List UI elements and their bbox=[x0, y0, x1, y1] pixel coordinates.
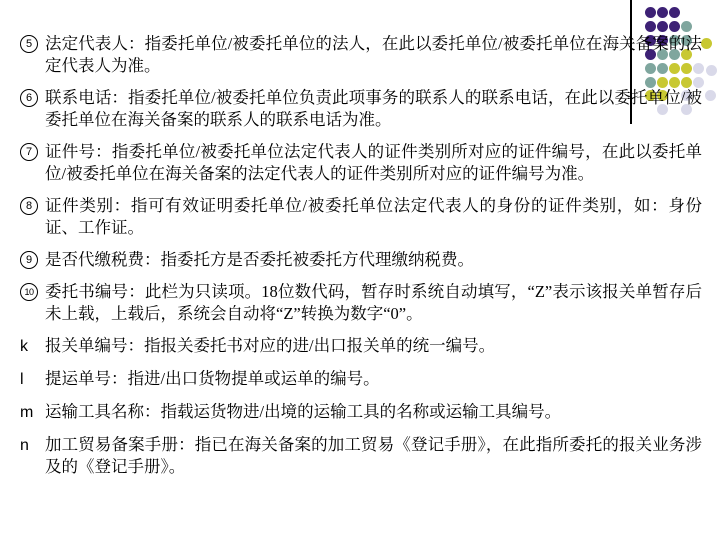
item-text: 运输工具名称：指载运货物进/出境的运输工具的名称或运输工具编号。 bbox=[45, 401, 702, 423]
list-item: k 报关单编号：指报关委托书对应的进/出口报关单的统一编号。 bbox=[20, 335, 702, 358]
item-marker-cell: 9 bbox=[20, 249, 45, 269]
list-item: m 运输工具名称：指载运货物进/出境的运输工具的名称或运输工具编号。 bbox=[20, 401, 702, 424]
list-item: 5 法定代表人：指委托单位/被委托单位的法人，在此以委托单位/被委托单位在海关备… bbox=[20, 33, 702, 77]
item-marker: 10 bbox=[20, 283, 38, 301]
item-text: 证件号：指委托单位/被委托单位法定代表人的证件类别所对应的证件编号，在此以委托单… bbox=[45, 141, 702, 185]
item-text: 法定代表人：指委托单位/被委托单位的法人，在此以委托单位/被委托单位在海关备案的… bbox=[45, 33, 702, 77]
list-item: 7 证件号：指委托单位/被委托单位法定代表人的证件类别所对应的证件编号，在此以委… bbox=[20, 141, 702, 185]
item-marker-cell: 7 bbox=[20, 141, 45, 161]
item-text: 委托书编号：此栏为只读项。18位数代码，暂存时系统自动填写，“Z”表示该报关单暂… bbox=[45, 281, 702, 325]
list-item: 10 委托书编号：此栏为只读项。18位数代码，暂存时系统自动填写，“Z”表示该报… bbox=[20, 281, 702, 325]
dot bbox=[705, 90, 716, 101]
dot bbox=[701, 38, 712, 49]
slide: 5 法定代表人：指委托单位/被委托单位的法人，在此以委托单位/被委托单位在海关备… bbox=[0, 0, 720, 540]
item-marker: 7 bbox=[20, 143, 38, 161]
dot bbox=[645, 21, 656, 32]
item-text: 加工贸易备案手册：指已在海关备案的加工贸易《登记手册》，在此指所委托的报关业务涉… bbox=[45, 434, 702, 478]
item-marker-cell: l bbox=[20, 368, 45, 391]
item-marker-cell: n bbox=[20, 434, 45, 457]
item-marker: l bbox=[20, 371, 24, 388]
item-marker: k bbox=[20, 338, 28, 355]
item-marker: 5 bbox=[20, 35, 38, 53]
item-marker-cell: 8 bbox=[20, 195, 45, 215]
item-marker-cell: 5 bbox=[20, 33, 45, 53]
dot bbox=[669, 7, 680, 18]
dot bbox=[681, 21, 692, 32]
item-marker: 6 bbox=[20, 89, 38, 107]
item-marker: n bbox=[20, 437, 29, 454]
dot bbox=[645, 7, 656, 18]
item-text: 报关单编号：指报关委托书对应的进/出口报关单的统一编号。 bbox=[45, 335, 702, 357]
item-marker-cell: 6 bbox=[20, 87, 45, 107]
item-marker: 8 bbox=[20, 197, 38, 215]
dot bbox=[669, 21, 680, 32]
list-item: l 提运单号：指进/出口货物提单或运单的编号。 bbox=[20, 368, 702, 391]
item-marker: 9 bbox=[20, 251, 38, 269]
definition-list: 5 法定代表人：指委托单位/被委托单位的法人，在此以委托单位/被委托单位在海关备… bbox=[20, 33, 702, 488]
list-item: 9 是否代缴税费：指委托方是否委托被委托方代理缴纳税费。 bbox=[20, 249, 702, 271]
item-marker-cell: 10 bbox=[20, 281, 45, 301]
item-text: 是否代缴税费：指委托方是否委托被委托方代理缴纳税费。 bbox=[45, 249, 702, 271]
list-item: 8 证件类别：指可有效证明委托单位/被委托单位法定代表人的身份的证件类别，如：身… bbox=[20, 195, 702, 239]
dot bbox=[706, 65, 717, 76]
item-text: 联系电话：指委托单位/被委托单位负责此项事务的联系人的联系电话，在此以委托单位/… bbox=[45, 87, 702, 131]
item-text: 提运单号：指进/出口货物提单或运单的编号。 bbox=[45, 368, 702, 390]
item-marker-cell: k bbox=[20, 335, 45, 358]
list-item: n 加工贸易备案手册：指已在海关备案的加工贸易《登记手册》，在此指所委托的报关业… bbox=[20, 434, 702, 478]
dot bbox=[657, 21, 668, 32]
item-marker: m bbox=[20, 404, 33, 421]
list-item: 6 联系电话：指委托单位/被委托单位负责此项事务的联系人的联系电话，在此以委托单… bbox=[20, 87, 702, 131]
item-text: 证件类别：指可有效证明委托单位/被委托单位法定代表人的身份的证件类别，如：身份证… bbox=[45, 195, 702, 239]
dot bbox=[657, 7, 668, 18]
item-marker-cell: m bbox=[20, 401, 45, 424]
